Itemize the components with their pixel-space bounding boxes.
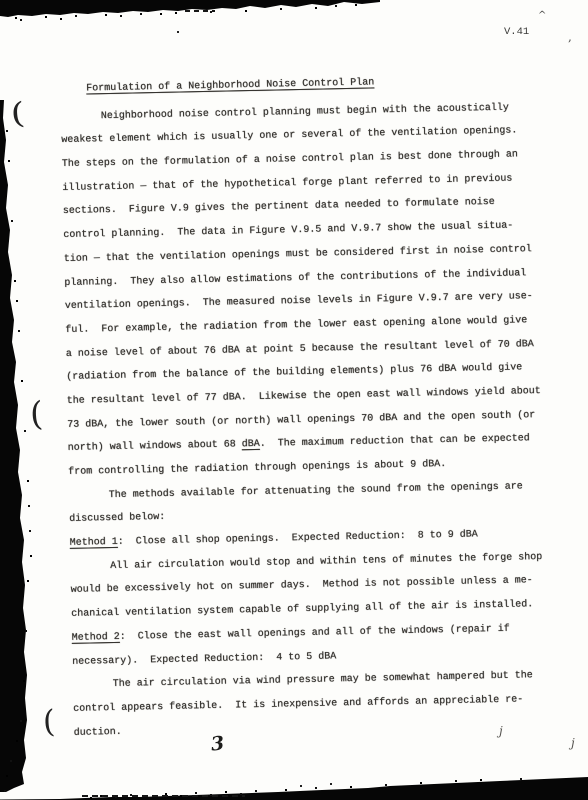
- text-segment: dBA: [242, 439, 260, 450]
- text-segment: discussed below:: [69, 512, 165, 525]
- margin-paren-mark: (: [9, 96, 26, 131]
- text-segment: control appears feasible. It is inexpens…: [73, 694, 523, 714]
- text-segment: duction.: [74, 726, 122, 738]
- text-segment: north) wall windows about 68: [68, 440, 242, 455]
- text-segment: control planning. The data in Figure V.9…: [63, 221, 513, 241]
- text-segment: Method 1: [70, 537, 118, 549]
- text-segment: the resultant level of 77 dBA. Likewise …: [67, 386, 541, 407]
- text-segment: would be excessively hot on summer days.…: [71, 576, 533, 597]
- text-segment: tion — that the ventilation openings mus…: [64, 244, 532, 265]
- scan-dash-bottom: [82, 795, 245, 797]
- document-text-block: Formulation of a Neighborhood Noise Cont…: [60, 67, 586, 745]
- text-segment: 73 dBA, the lower south (or north) wall …: [67, 410, 535, 431]
- margin-paren-mark: (: [29, 394, 44, 434]
- text-segment: sections. Figure V.9 gives the pertinent…: [63, 197, 495, 217]
- text-segment: (radiation from the balance of the build…: [66, 363, 522, 384]
- margin-paren-mark: (: [42, 704, 56, 741]
- scan-edge-left: [0, 100, 32, 792]
- text-segment: a noise level of about 76 dBA at point 5…: [66, 339, 534, 360]
- text-segment: ventilation openings. The measured noise…: [65, 291, 533, 312]
- stray-mark-caret: ^: [538, 10, 546, 21]
- stray-mark-comma: ,: [568, 30, 572, 44]
- section-heading-text: Formulation of a Neighborhood Noise Cont…: [86, 77, 374, 94]
- text-segment: ful. For example, the radiation from the…: [65, 315, 527, 336]
- text-segment: chanical ventilation system capable of s…: [71, 599, 533, 620]
- scan-noise-bottom: [0, 0, 2, 2]
- text-segment: The steps on the formulation of a noise …: [62, 149, 518, 170]
- text-segment: The methods available for attenuating th…: [109, 481, 523, 501]
- text-segment: All air circulation would stop and withi…: [110, 552, 542, 572]
- text-segment: Neighborhood noise control planning must…: [101, 102, 509, 122]
- text-segment: . The maximum reduction that can be expe…: [260, 434, 530, 451]
- text-segment: planning. They also allow estimations of…: [64, 268, 526, 289]
- scan-dash-top: [185, 10, 215, 12]
- scanned-page: V.41 ^ , j j ( ( ( 3 Formulation of a Ne…: [0, 0, 588, 800]
- text-segment: from controlling the radiation through o…: [68, 459, 446, 478]
- text-segment: weakest element which is usually one or …: [61, 126, 517, 147]
- text-segment: necessary). Expected Reduction: 4 to 5 d…: [72, 651, 336, 668]
- text-segment: : Close all shop openings. Expected Redu…: [118, 529, 478, 548]
- text-segment: The air circulation via wind pressure ma…: [113, 670, 533, 690]
- stray-mark-right: j: [571, 736, 575, 750]
- text-segment: illustration — that of the hypothetical …: [62, 173, 512, 193]
- page-number-label: V.41: [504, 26, 529, 38]
- text-segment: : Close the east wall openings and all o…: [120, 624, 510, 643]
- text-segment: Method 2: [72, 632, 120, 644]
